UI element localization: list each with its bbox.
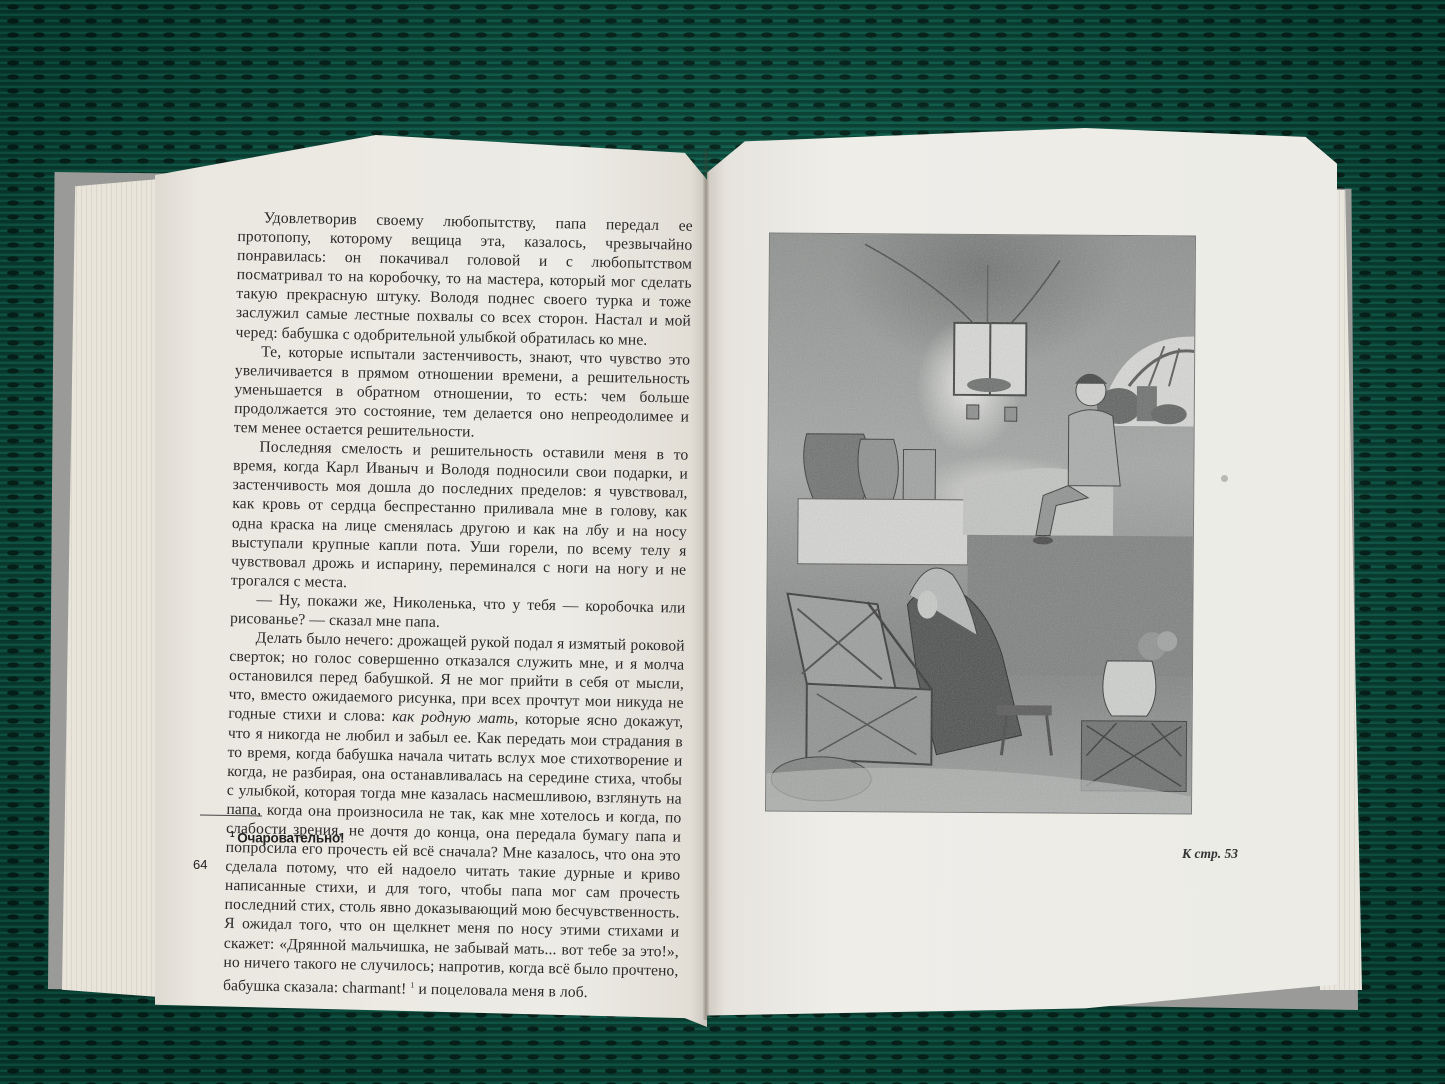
footnote: 1Очаровательно! bbox=[230, 830, 344, 846]
italic-quote: как родную мать, bbox=[392, 708, 518, 727]
text-run: и поцеловала меня в лоб. bbox=[414, 980, 588, 1000]
paragraph: Последняя смелость и решительность остав… bbox=[231, 437, 689, 598]
footnote-text: Очаровательно! bbox=[237, 831, 344, 846]
book-gutter bbox=[703, 150, 709, 1020]
footnote-mark: 1 bbox=[230, 830, 234, 839]
paragraph: Удовлетворив своему любопытству, папа пе… bbox=[235, 208, 692, 350]
illustration-drawing bbox=[766, 234, 1195, 814]
left-page-body-text: Удовлетворив своему любопытству, папа пе… bbox=[223, 208, 693, 1004]
paper-speck bbox=[1221, 475, 1228, 482]
text-run: которые ясно докажут, что я никогда не л… bbox=[223, 711, 683, 997]
illustration-caption: К стр. 53 bbox=[1182, 846, 1238, 862]
page-number: 64 bbox=[193, 857, 207, 872]
paragraph: Те, которые испытали застенчивость, знаю… bbox=[234, 342, 691, 446]
paragraph-last: Делать было нечего: дрожащей рукой подал… bbox=[223, 628, 685, 1004]
illustration-plate bbox=[765, 233, 1196, 815]
